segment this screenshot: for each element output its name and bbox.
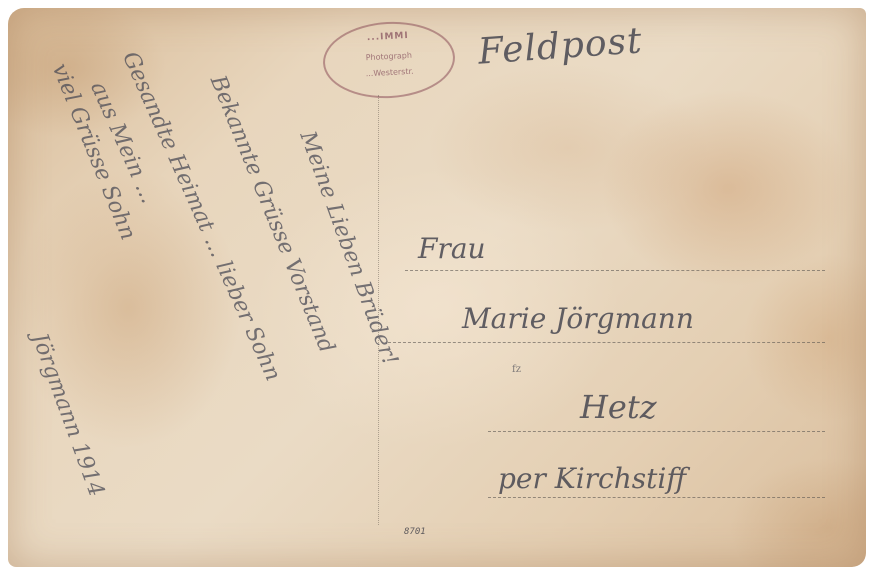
address-rule: [405, 270, 825, 271]
serial-number: 8701: [404, 527, 426, 537]
photographer-stamp: ...IMMI Photograph ...Westerstr.: [321, 19, 457, 102]
address-rule: [488, 497, 825, 498]
address-line-4: per Kirchstiff: [498, 462, 686, 495]
small-mark: fz: [512, 364, 521, 375]
address-rule: [488, 431, 825, 432]
address-line-1: Frau: [418, 232, 486, 265]
address-line-2: Marie Jörgmann: [462, 302, 694, 335]
stamp-address: ...Westerstr.: [326, 65, 454, 81]
stamp-name: ...IMMI: [324, 29, 452, 46]
stamp-title: Photograph: [325, 49, 453, 65]
address-line-3: Hetz: [580, 388, 657, 426]
address-rule: [388, 342, 825, 343]
